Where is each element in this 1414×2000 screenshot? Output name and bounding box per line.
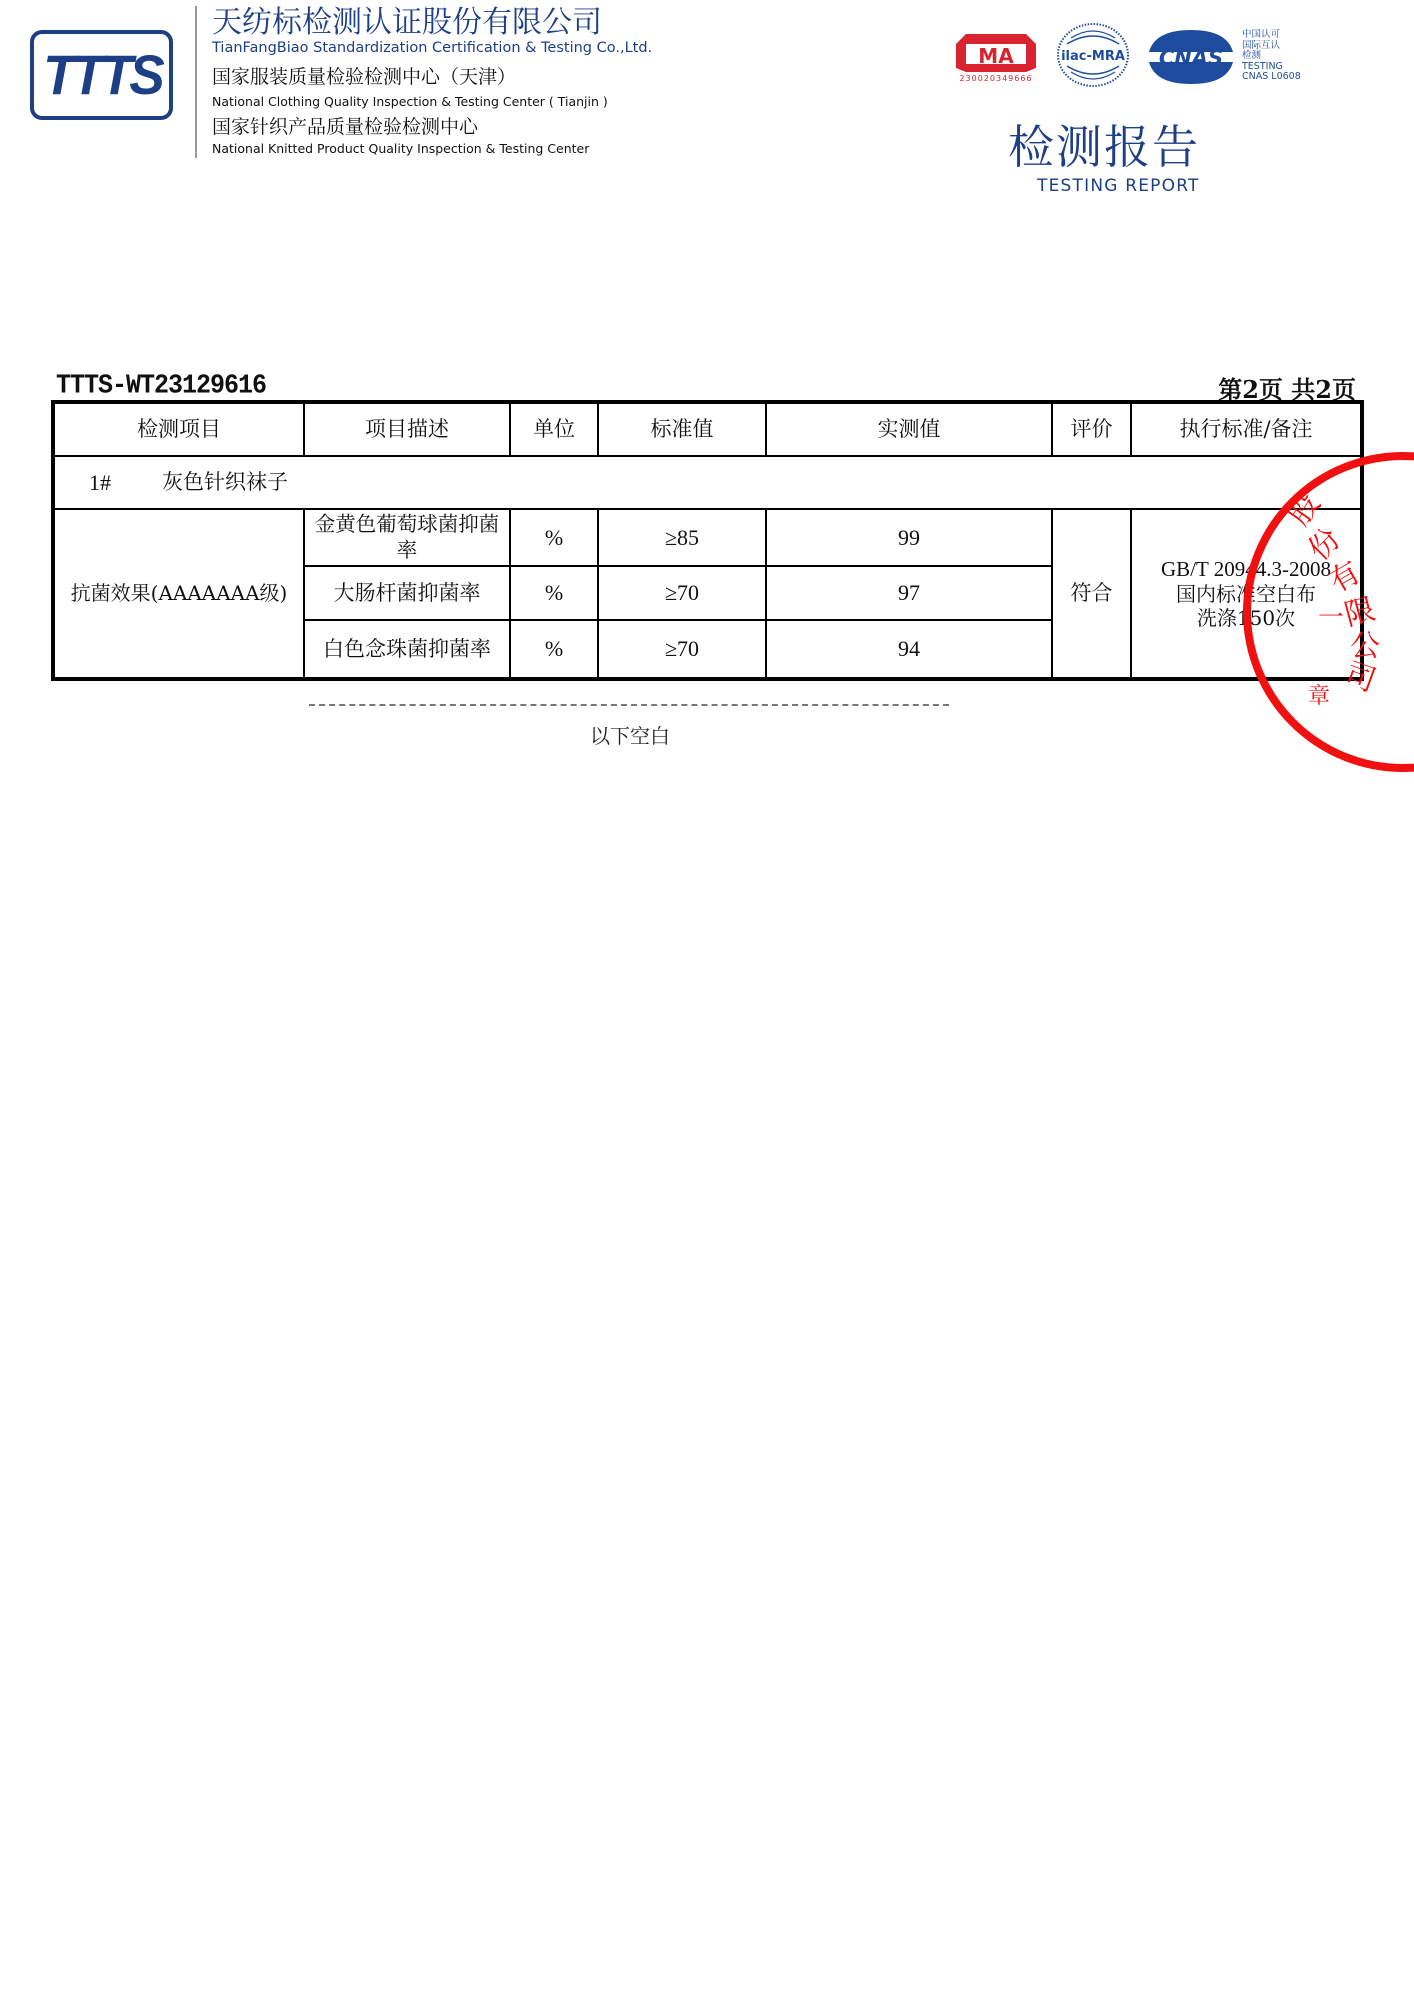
center2-name-en: National Knitted Product Quality Inspect… xyxy=(212,143,589,156)
official-seal: 股 份 有 限 公 司 一 章 xyxy=(0,0,1414,2000)
header-divider xyxy=(195,6,197,158)
cnas-line: 中国认可 xyxy=(1242,30,1301,41)
unit-row-2: % xyxy=(511,567,597,619)
company-name-cn: 天纺标检测认证股份有限公司 xyxy=(212,8,602,38)
test-item-antibacterial: 抗菌效果(AAAAAAA级) xyxy=(55,510,303,677)
header-unit: 单位 xyxy=(511,404,597,455)
desc-row-3: 白色念珠菌抑菌率 xyxy=(305,621,509,677)
header-standard-value: 标准值 xyxy=(599,404,765,455)
measured-row-3: 94 xyxy=(767,621,1051,677)
header-measured-value: 实测值 xyxy=(767,404,1051,455)
cnas-accreditation-text: 中国认可 国际互认 检测 TESTING CNAS L0608 xyxy=(1242,30,1301,83)
cnas-line: 检测 xyxy=(1242,51,1301,62)
report-id: TTTS-WT23129616 xyxy=(56,370,266,401)
report-title-en: TESTING REPORT xyxy=(1037,178,1200,195)
desc-row-2: 大肠杆菌抑菌率 xyxy=(305,567,509,619)
header-test-item: 检测项目 xyxy=(55,404,303,455)
measured-row-1: 99 xyxy=(767,510,1051,565)
company-logo: TTTS xyxy=(30,30,173,120)
sample-name: 灰色针织袜子 xyxy=(162,457,312,508)
report-title-cn: 检测报告 xyxy=(1008,124,1200,170)
svg-text:230020349666: 230020349666 xyxy=(959,74,1032,82)
header-description: 项目描述 xyxy=(305,404,509,455)
unit-row-3: % xyxy=(511,621,597,677)
svg-text:MA: MA xyxy=(978,44,1014,68)
standard-row-1: ≥85 xyxy=(599,510,765,565)
sample-number: 1# xyxy=(80,457,120,508)
end-divider xyxy=(309,704,949,706)
center2-name-cn: 国家针织产品质量检验检测中心 xyxy=(212,118,478,137)
standard-row-3: ≥70 xyxy=(599,621,765,677)
seal-char: 章 xyxy=(1308,686,1330,708)
blank-below-notice: 以下空白 xyxy=(590,720,670,749)
remark-washing: 洗涤150次 xyxy=(1197,606,1295,630)
remark-standard: GB/T 20944.3-2008 xyxy=(1161,557,1331,582)
svg-text:CNAS: CNAS xyxy=(1159,46,1223,70)
standard-row-2: ≥70 xyxy=(599,567,765,619)
measured-row-2: 97 xyxy=(767,567,1051,619)
cnas-line: CNAS L0608 xyxy=(1242,72,1301,83)
remark-blank-fabric: 国内标准空白布 xyxy=(1176,582,1316,606)
evaluation-result: 符合 xyxy=(1053,510,1130,677)
center1-name-cn: 国家服装质量检验检测中心（天津） xyxy=(212,68,516,87)
cnas-logo-icon: CNAS xyxy=(1145,28,1237,86)
header-evaluation: 评价 xyxy=(1053,404,1130,455)
logo-text: TTTS xyxy=(43,47,161,103)
company-name-en: TianFangBiao Standardization Certificati… xyxy=(212,41,652,56)
desc-row-1: 金黄色葡萄球菌抑菌率 xyxy=(305,510,509,565)
ilac-mra-logo-icon: ilac-MRA xyxy=(1055,22,1131,88)
unit-row-1: % xyxy=(511,510,597,565)
svg-text:ilac-MRA: ilac-MRA xyxy=(1061,49,1125,64)
cma-logo-icon: MA 230020349666 xyxy=(952,30,1040,82)
header-remark: 执行标准/备注 xyxy=(1132,404,1360,455)
remark-cell: GB/T 20944.3-2008 国内标准空白布 洗涤150次 xyxy=(1132,510,1360,677)
center1-name-en: National Clothing Quality Inspection & T… xyxy=(212,96,608,109)
